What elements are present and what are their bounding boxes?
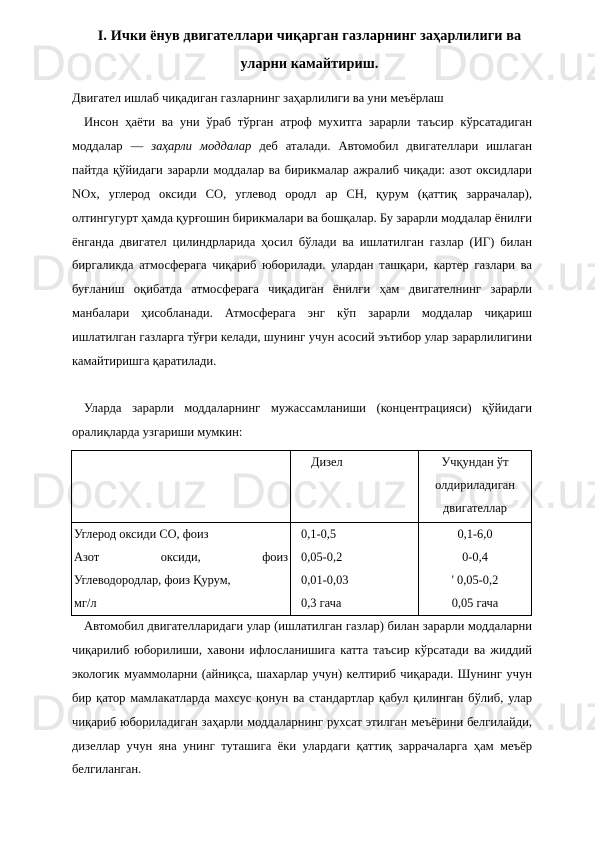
spark-value: 0,1-6,0 [421,523,529,546]
table-row: Углерод оксиди CO, фоиз Азот оксиди, фои… [72,523,532,616]
spark-value: ' 0,05-0,2 [421,569,529,592]
label-line: Углерод оксиди CO, фоиз [74,523,288,546]
title-line-2: уларни камайтириш. [72,50,547,78]
section-title: I. Ички ёнув двигателлари чиқарган газла… [72,22,547,78]
label-line: мг/л [74,592,288,615]
pollutant-labels: Углерод оксиди CO, фоиз Азот оксиди, фои… [72,523,291,616]
label-word: Азот [74,550,99,564]
header-line: двигателлар [421,497,529,520]
table-header-row: Дизел Учқундан ўт олдириладиган двигател… [72,451,532,523]
diesel-value: 0,1-0,5 [301,523,416,546]
title-line-1: I. Ички ёнув двигателлари чиқарган газла… [72,22,547,50]
paragraph-text: деб аталади. Автомобил двигателлари ишла… [72,139,532,368]
table-header-diesel: Дизел [291,451,419,523]
diesel-value: 0,3 гача [301,592,416,615]
paragraph-harmful-substances: Инсон ҳаёти ва уни ўраб тўрган атроф мух… [72,111,532,374]
spark-value: 0,05 гача [421,592,529,615]
diesel-value: 0,01-0,03 [301,569,416,592]
emphasis-term: заҳарли моддалар [151,139,251,153]
diesel-value: 0,05-0,2 [301,546,416,569]
spark-value: 0-0,4 [421,546,529,569]
concentration-table: Дизел Учқундан ўт олдириладиган двигател… [71,450,532,616]
paragraph-regulations: Автомобил двигателларидаги улар (ишлатил… [72,615,532,782]
subheading: Двигател ишлаб чиқадиган газларнинг заҳа… [72,87,532,111]
label-line: Азот оксиди, фоиз [74,546,288,569]
label-word: оксиди, [161,550,201,564]
table-header-spark-ignition: Учқундан ўт олдириладиган двигателлар [419,451,532,523]
header-line: олдириладиган [421,474,529,497]
paragraph-concentration: Уларда зарарли моддаларнинг мужассамлани… [72,397,532,445]
diesel-values: 0,1-0,5 0,05-0,2 0,01-0,03 0,3 гача [291,523,419,616]
table-header-empty [72,451,291,523]
label-line: Углеводородлар, фоиз Қурум, [74,569,288,592]
spark-ignition-values: 0,1-6,0 0-0,4 ' 0,05-0,2 0,05 гача [419,523,532,616]
label-word: фоиз [262,550,288,564]
header-line: Учқундан ўт [421,451,529,474]
